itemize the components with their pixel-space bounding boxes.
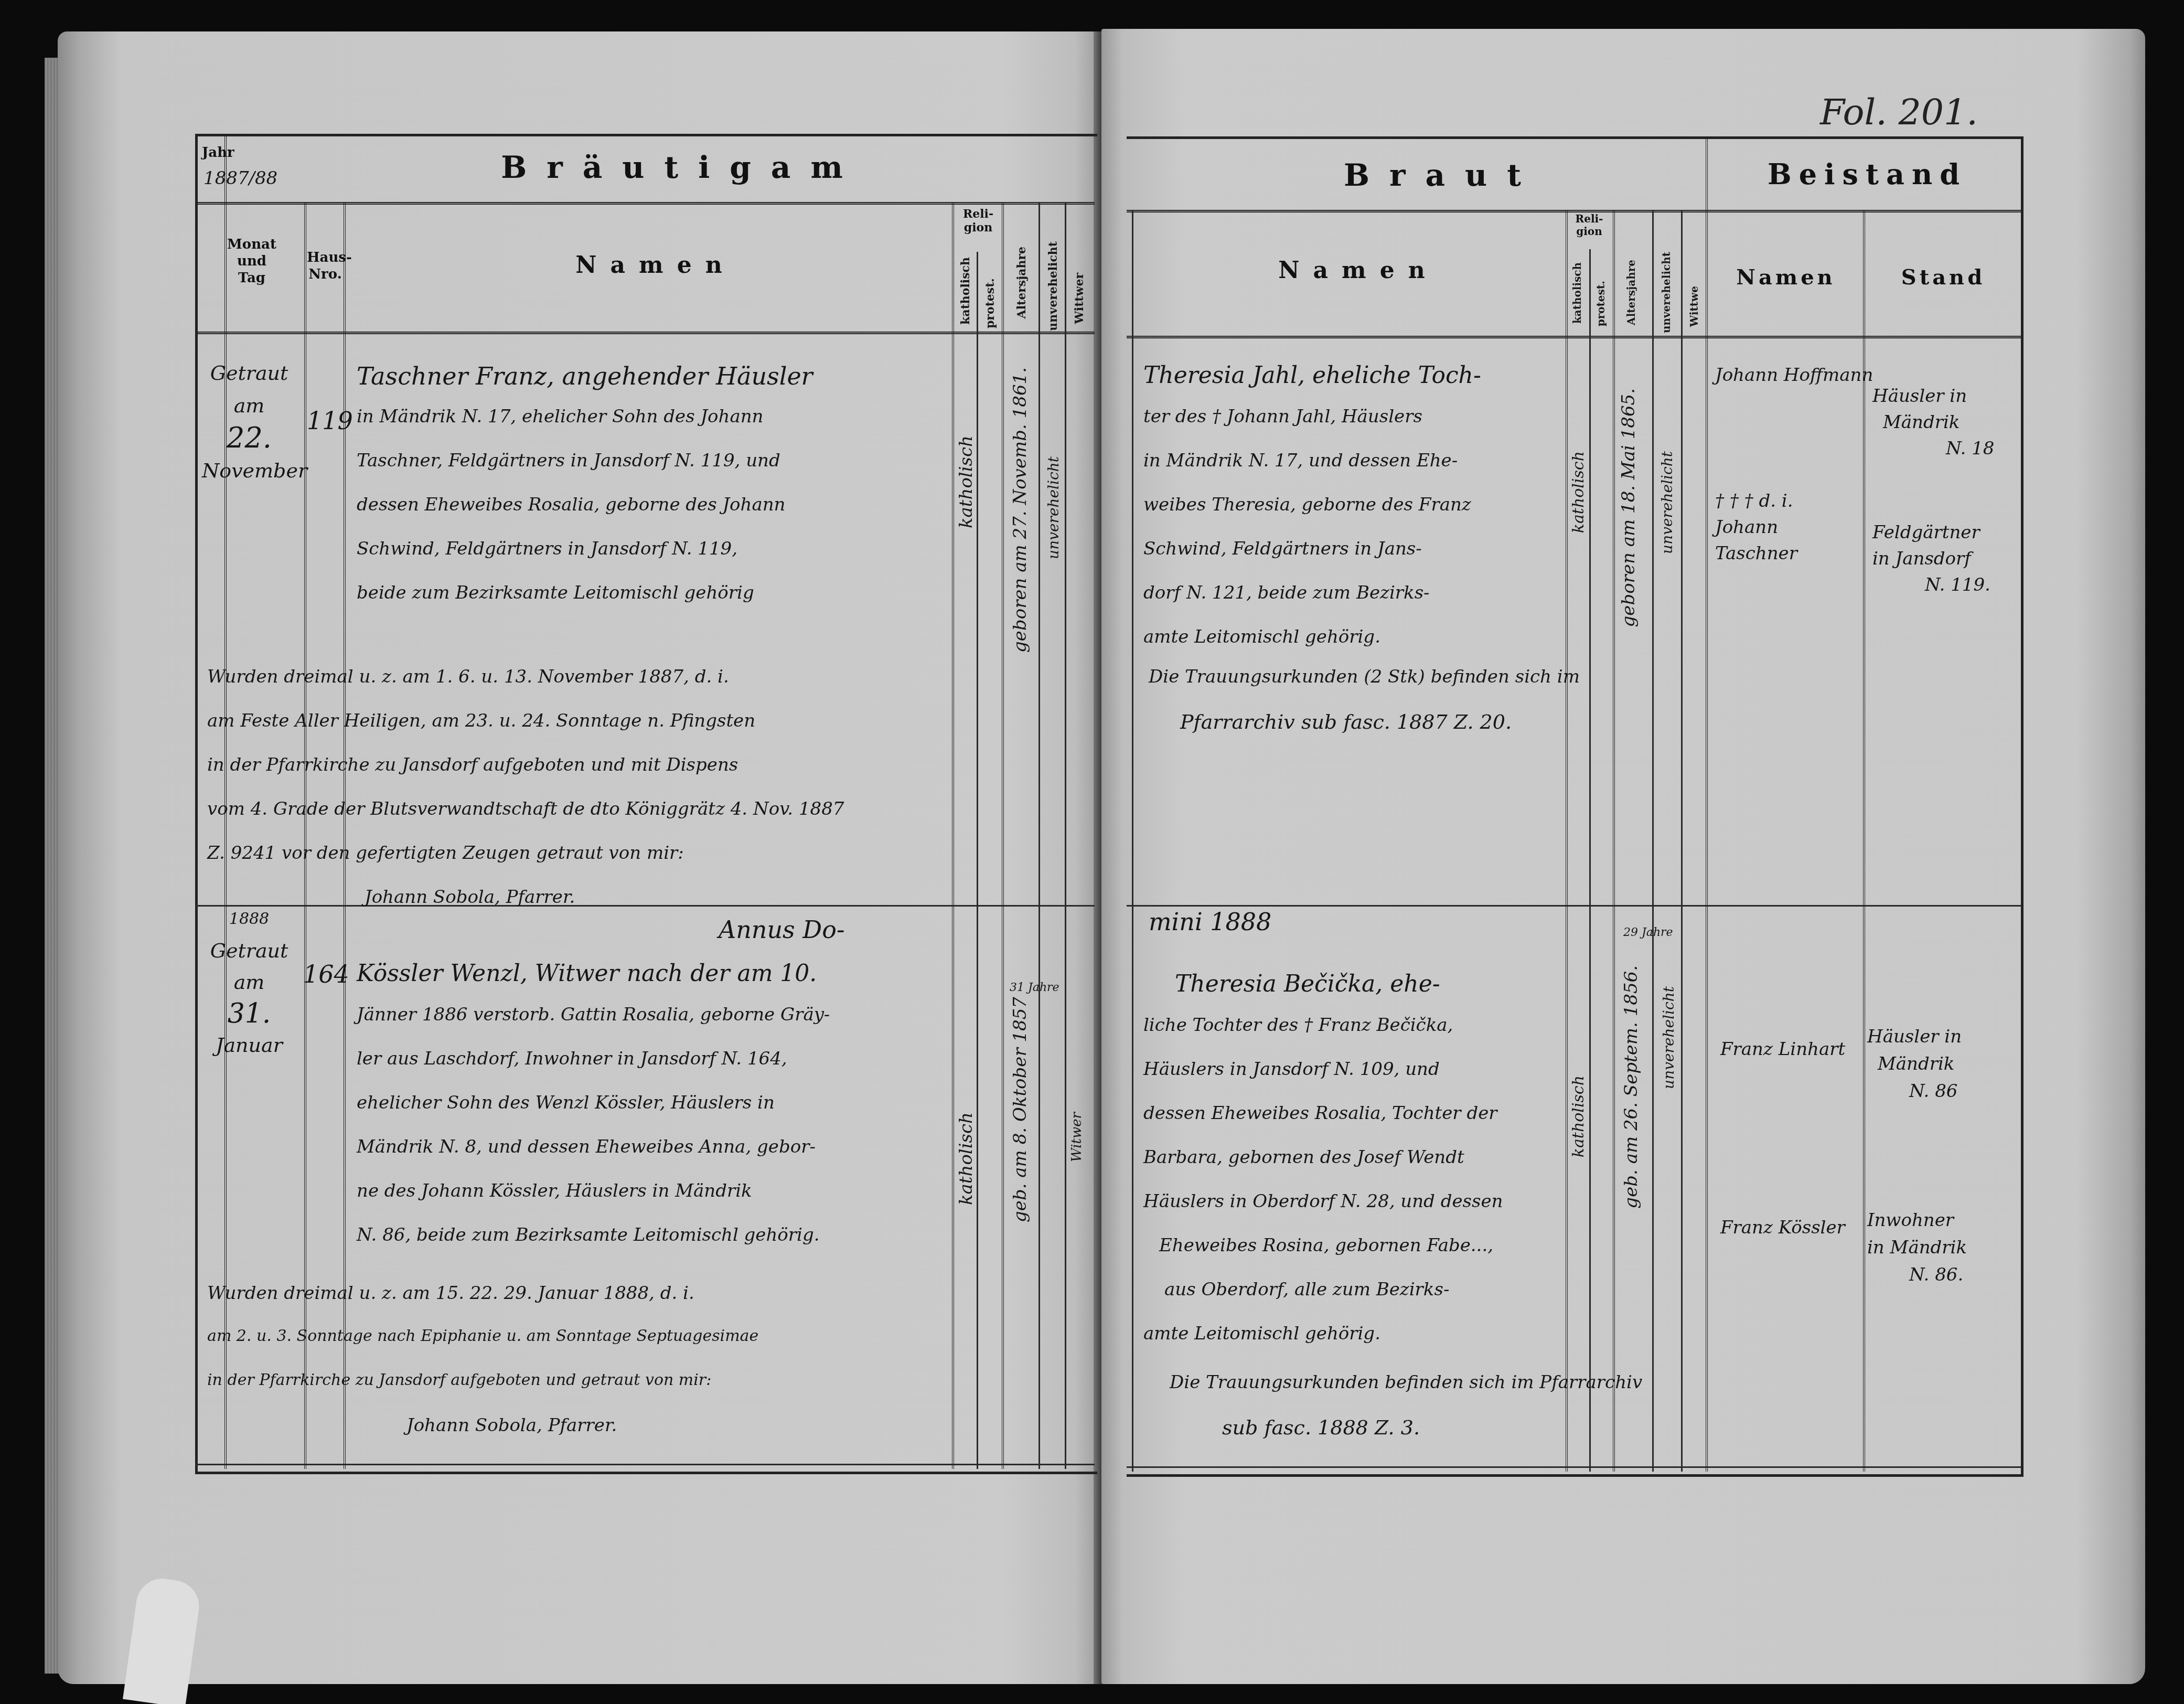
- bride-line: Schwind, Feldgärtners in Jans-: [1143, 538, 1481, 582]
- entry2-bride-age: 29 Jahre: [1623, 926, 1673, 939]
- entry2-date-word: Getraut: [202, 935, 296, 966]
- witness-names-header: Namen: [1712, 265, 1859, 290]
- note-line: Die Trauungsurkunden befinden sich im Pf…: [1170, 1372, 1642, 1416]
- entry-divider-right: [1127, 905, 2021, 907]
- entry2-bride-birth: geb. am 26. Septem. 1856.: [1621, 965, 1642, 1209]
- widower-header: Wittwer: [1073, 273, 1086, 324]
- nro-label: Nro.: [307, 266, 344, 283]
- entry2-bride-status: unverehelicht: [1660, 986, 1677, 1089]
- entry1-witness1-name: Johann Hoffmann: [1715, 365, 1873, 386]
- header-divider-1: [195, 202, 1095, 205]
- entry2-date-year: 1888: [202, 903, 296, 935]
- age-header: Altersjahre: [1015, 247, 1029, 318]
- entry2-groom-text: Kössler Wenzl, Witwer nach der am 10. Jä…: [357, 960, 830, 1269]
- entry2-witness1-name: Franz Linhart: [1720, 1028, 1851, 1070]
- col-line-age: [1002, 202, 1004, 1469]
- protestant-header-right: protest.: [1594, 281, 1607, 326]
- house-no-header: Haus- Nro.: [307, 249, 344, 283]
- month-label: Monat: [202, 236, 302, 253]
- status-line: Mändrik: [1867, 1050, 1962, 1078]
- groom-line: in Mändrik N. 17, ehelicher Sohn des Joh…: [357, 406, 813, 450]
- month-day-header: Monat und Tag: [202, 236, 302, 286]
- groom-line: Taschner, Feldgärtners in Jansdorf N. 11…: [357, 450, 813, 494]
- entry2-bride-notes: Die Trauungsurkunden befinden sich im Pf…: [1170, 1372, 1642, 1460]
- col-line-protest-right: [1589, 249, 1591, 1472]
- entry2-bride-religion: katholisch: [1569, 1075, 1588, 1157]
- entry2-date-day: 31.: [202, 998, 296, 1029]
- groom-line: Kössler Wenzl, Witwer nach der am 10.: [357, 960, 830, 1004]
- religion-label-2: gion: [955, 221, 1002, 235]
- house-label: Haus-: [307, 249, 344, 266]
- entry2-birth: geb. am 8. Oktober 1857: [1010, 997, 1031, 1222]
- entry1-bride-notes: Die Trauungsurkunden (2 Stk) befinden si…: [1149, 666, 1580, 754]
- unmarried-header: unverehelicht: [1046, 241, 1060, 331]
- entry2-house-no: 164: [303, 960, 349, 988]
- col-line-unmarried: [1039, 202, 1040, 1469]
- bride-line: amte Leitomischl gehörig.: [1143, 626, 1481, 670]
- entry2-date: 1888 Getraut am 31. Januar: [202, 903, 296, 1061]
- groom-heading: Bräutigam: [446, 150, 918, 185]
- entry1-bride-status: unverehelicht: [1658, 451, 1676, 554]
- bride-line: Eheweibes Rosina, gebornen Fabe...,: [1143, 1235, 1503, 1279]
- note-line: Die Trauungsurkunden (2 Stk) befinden si…: [1149, 666, 1580, 710]
- groom-line: ne des Johann Kössler, Häuslers in Mändr…: [357, 1180, 830, 1224]
- note-line: am 2. u. 3. Sonntage nach Epiphanie u. a…: [207, 1327, 758, 1371]
- bride-line: Theresia Jahl, eheliche Toch-: [1143, 362, 1481, 406]
- entry1-bride-birth: geboren am 18. Mai 1865.: [1618, 388, 1639, 627]
- entry1-birth: geboren am 27. Novemb. 1861.: [1010, 367, 1031, 653]
- status-line: in Jansdorf: [1872, 546, 1990, 572]
- widow-header-right: Wittwe: [1688, 286, 1700, 327]
- entry2-bride-text: Theresia Bečička, ehe- liche Tochter des…: [1143, 971, 1503, 1367]
- bride-line: Häuslers in Oberdorf N. 28, und dessen: [1143, 1191, 1503, 1235]
- catholic-header: katholisch: [959, 257, 972, 325]
- note-line: in der Pfarrkirche zu Jansdorf aufgebote…: [207, 754, 844, 798]
- catholic-header-right: katholisch: [1571, 262, 1583, 324]
- entry2-witness2-status: Inwohner in Mändrik N. 86.: [1867, 1207, 1967, 1288]
- religion-label-1: Reli-: [955, 207, 1002, 221]
- annus-domini-left: Annus Do-: [719, 915, 844, 944]
- bride-line: liche Tochter des † Franz Bečička,: [1143, 1015, 1503, 1059]
- entry2-notes: Wurden dreimal u. z. am 15. 22. 29. Janu…: [207, 1283, 758, 1459]
- bride-line: in Mändrik N. 17, und dessen Ehe-: [1143, 450, 1481, 494]
- entry1-bride-religion: katholisch: [1569, 451, 1588, 533]
- note-line: am Feste Aller Heiligen, am 23. u. 24. S…: [207, 710, 844, 754]
- names-header: Namen: [472, 252, 839, 279]
- folio-number: Fol. 201.: [1820, 92, 1978, 133]
- groom-line: Taschner Franz, angehender Häusler: [357, 362, 813, 406]
- header-divider-2: [195, 332, 1095, 334]
- col-line-unmarried-right: [1652, 210, 1654, 1472]
- entry1-house-no: 119: [307, 407, 353, 435]
- year-value: 1887/88: [204, 168, 277, 189]
- entry2-date-month: Januar: [202, 1029, 296, 1061]
- col-line-stand: [1863, 210, 1865, 1472]
- col-line-religion: [952, 202, 954, 1469]
- entry1-groom-text: Taschner Franz, angehender Häusler in Mä…: [357, 362, 813, 626]
- bride-line: weibes Theresia, geborne des Franz: [1143, 494, 1481, 538]
- status-line: N. 86: [1867, 1078, 1962, 1105]
- religion-label-1-right: Reli-: [1568, 212, 1610, 225]
- status-line: N. 86.: [1867, 1261, 1967, 1288]
- table-bottom-line: [195, 1464, 1095, 1465]
- bride-line: aus Oberdorf, alle zum Bezirks-: [1143, 1279, 1503, 1323]
- status-line: Häusler in: [1867, 1023, 1962, 1050]
- status-line: Mändrik: [1872, 409, 1994, 435]
- status-line: Inwohner: [1867, 1207, 1967, 1234]
- year-label: Jahr: [202, 144, 228, 161]
- groom-line: Jänner 1886 verstorb. Gattin Rosalia, ge…: [357, 1004, 830, 1048]
- entry2-status: Witwer: [1069, 1112, 1085, 1162]
- entry1-bride-text: Theresia Jahl, eheliche Toch- ter des † …: [1143, 362, 1481, 670]
- note-line: sub fasc. 1888 Z. 3.: [1170, 1416, 1642, 1460]
- groom-line: Mändrik N. 8, und dessen Eheweibes Anna,…: [357, 1136, 830, 1180]
- col-line-right-start: [1132, 210, 1133, 1472]
- entry1-date-word: Getraut: [202, 357, 296, 389]
- note-line: Pfarrarchiv sub fasc. 1887 Z. 20.: [1149, 710, 1580, 754]
- entry2-religion: katholisch: [956, 1112, 977, 1205]
- groom-line: Schwind, Feldgärtners in Jansdorf N. 119…: [357, 538, 813, 582]
- note-line: Johann Sobola, Pfarrer.: [207, 1415, 758, 1459]
- note-line: in der Pfarrkirche zu Jansdorf aufgebote…: [207, 1371, 758, 1415]
- note-line: Wurden dreimal u. z. am 15. 22. 29. Janu…: [207, 1283, 758, 1327]
- col-line-widow-right: [1681, 210, 1683, 1472]
- note-line: vom 4. Grade der Blutsverwandtschaft de …: [207, 798, 844, 843]
- col-line-widower: [1065, 202, 1066, 1469]
- protestant-header: protest.: [983, 278, 997, 328]
- entry1-notes: Wurden dreimal u. z. am 1. 6. u. 13. Nov…: [207, 666, 844, 931]
- entry2-date-am: am: [202, 966, 296, 998]
- entry1-status: unverehelicht: [1045, 456, 1062, 559]
- groom-line: ler aus Laschdorf, Inwohner in Jansdorf …: [357, 1048, 830, 1092]
- religion-label-2-right: gion: [1568, 225, 1610, 238]
- entry2-witness1-status: Häusler in Mändrik N. 86: [1867, 1023, 1962, 1105]
- status-line: in Mändrik: [1867, 1234, 1967, 1261]
- day-label: Tag: [202, 270, 302, 286]
- status-line: Feldgärtner: [1872, 519, 1990, 546]
- entry2-age: 31 Jahre: [1010, 981, 1059, 994]
- status-line: Häusler in: [1872, 383, 1994, 409]
- entry1-witness2-status: Feldgärtner in Jansdorf N. 119.: [1872, 519, 1990, 598]
- entry2-witness2-name: Franz Kössler: [1720, 1207, 1851, 1249]
- entry1-date-day: 22.: [202, 422, 296, 454]
- status-line: N. 18: [1872, 435, 1994, 462]
- bride-line: Theresia Bečička, ehe-: [1143, 971, 1503, 1015]
- religion-header: Reli- gion: [955, 207, 1002, 235]
- annus-domini-right: mini 1888: [1149, 908, 1271, 936]
- religion-header-right: Reli- gion: [1568, 212, 1610, 238]
- bride-heading: Braut: [1285, 157, 1600, 193]
- bride-line: amte Leitomischl gehörig.: [1143, 1323, 1503, 1367]
- bride-line: dessen Eheweibes Rosalia, Tochter der: [1143, 1103, 1503, 1147]
- col-line-age-right: [1613, 210, 1615, 1472]
- entry1-date: Getraut am 22. November: [202, 357, 296, 487]
- note-line: Wurden dreimal u. z. am 1. 6. u. 13. Nov…: [207, 666, 844, 710]
- header-divider-2-right: [1127, 336, 2021, 338]
- entry1-date-am: am: [202, 389, 296, 422]
- groom-line: dessen Eheweibes Rosalia, geborne des Jo…: [357, 494, 813, 538]
- groom-line: beide zum Bezirksamte Leitomischl gehöri…: [357, 582, 813, 626]
- entry1-witness1-status: Häusler in Mändrik N. 18: [1872, 383, 1994, 462]
- entry1-religion: katholisch: [956, 435, 977, 528]
- groom-line: ehelicher Sohn des Wenzl Kössler, Häusle…: [357, 1092, 830, 1136]
- witness-status-header: Stand: [1870, 265, 2017, 290]
- age-header-right: Altersjahre: [1625, 260, 1637, 325]
- col-line-protest: [977, 252, 978, 1469]
- entry1-date-month: November: [202, 454, 296, 487]
- table-bottom-line-right: [1127, 1466, 2021, 1468]
- col-line-witness: [1706, 136, 1708, 1472]
- bride-names-header: Namen: [1233, 257, 1484, 284]
- bride-line: Barbara, gebornen des Josef Wendt: [1143, 1147, 1503, 1191]
- groom-line: N. 86, beide zum Bezirksamte Leitomischl…: [357, 1224, 830, 1269]
- entry1-witness2-name: † † † d. i. Johann Taschner: [1715, 488, 1857, 567]
- unmarried-header-right: unverehelicht: [1660, 252, 1673, 333]
- and-label: und: [202, 253, 302, 270]
- note-line: Z. 9241 vor den gefertigten Zeugen getra…: [207, 843, 844, 887]
- bride-line: ter des † Johann Jahl, Häuslers: [1143, 406, 1481, 450]
- col-line-religion-right: [1566, 210, 1568, 1472]
- status-line: N. 119.: [1872, 572, 1990, 598]
- bride-line: dorf N. 121, beide zum Bezirks-: [1143, 582, 1481, 626]
- witness-heading: Beistand: [1726, 157, 2009, 191]
- bride-line: Häuslers in Jansdorf N. 109, und: [1143, 1059, 1503, 1103]
